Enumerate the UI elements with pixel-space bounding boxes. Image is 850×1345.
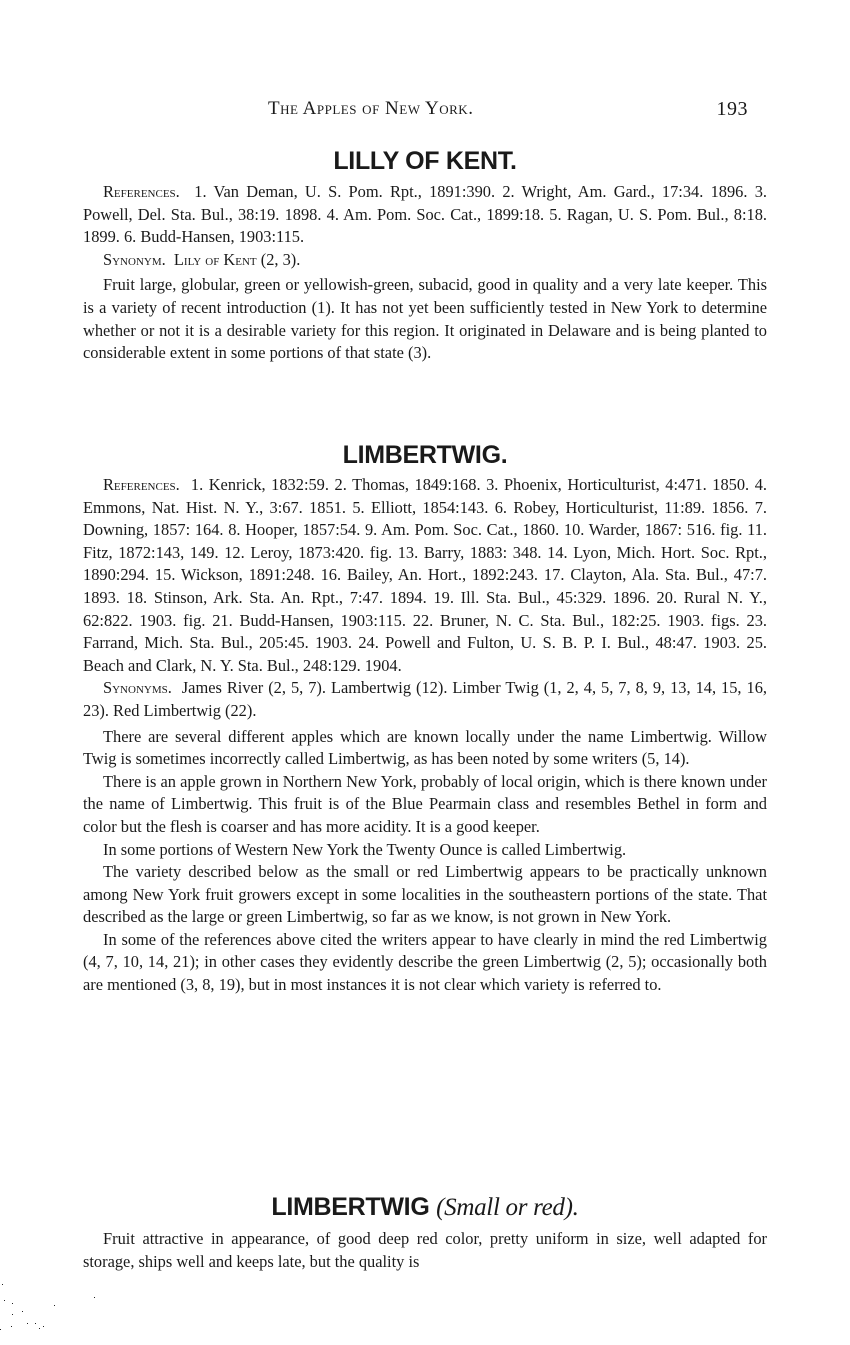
references-paragraph: References. 1. Van Deman, U. S. Pom. Rpt…	[83, 181, 767, 249]
references-text: 1. Kenrick, 1832:59. 2. Thomas, 1849:168…	[83, 475, 767, 675]
heading-lilly-of-kent: LILLY OF KENT.	[0, 147, 850, 176]
limbertwig-body: References. 1. Kenrick, 1832:59. 2. Thom…	[83, 474, 767, 997]
synonyms-label: Synonyms.	[103, 678, 172, 697]
scan-specks	[0, 1270, 200, 1345]
body-paragraph: In some of the references above cited th…	[83, 929, 767, 997]
body-paragraph: There are several different apples which…	[83, 726, 767, 771]
references-label: References.	[103, 475, 180, 494]
heading-subtitle: (Small or red).	[436, 1194, 578, 1221]
references-label: References.	[103, 182, 180, 201]
body-paragraph: Fruit attractive in appearance, of good …	[83, 1228, 767, 1273]
synonyms-text: James River (2, 5, 7). Lambertwig (12). …	[83, 678, 767, 720]
heading-limbertwig-small-or-red: LIMBERTWIG (Small or red).	[0, 1193, 850, 1222]
running-head: The Apples of New York. 193	[268, 98, 748, 120]
body-paragraph: In some portions of Western New York the…	[83, 839, 767, 862]
body-paragraph: The variety described below as the small…	[83, 861, 767, 929]
limbertwig-red-body: Fruit attractive in appearance, of good …	[83, 1228, 767, 1273]
synonym-label: Synonym.	[103, 250, 166, 269]
heading-limbertwig: LIMBERTWIG.	[0, 441, 850, 470]
heading-main: LIMBERTWIG	[271, 1193, 429, 1221]
synonym-text: Lily of Kent (2, 3).	[174, 250, 300, 269]
synonym-paragraph: Synonym. Lily of Kent (2, 3).	[83, 249, 767, 272]
body-paragraph: There is an apple grown in Northern New …	[83, 771, 767, 839]
synonyms-paragraph: Synonyms. James River (2, 5, 7). Lambert…	[83, 677, 767, 722]
lilly-of-kent-body: References. 1. Van Deman, U. S. Pom. Rpt…	[83, 181, 767, 365]
description-paragraph: Fruit large, globular, green or yellowis…	[83, 274, 767, 364]
page-number: 193	[717, 98, 749, 121]
references-text: 1. Van Deman, U. S. Pom. Rpt., 1891:390.…	[83, 182, 767, 246]
references-paragraph: References. 1. Kenrick, 1832:59. 2. Thom…	[83, 474, 767, 677]
book-title: The Apples of New York.	[268, 98, 473, 119]
